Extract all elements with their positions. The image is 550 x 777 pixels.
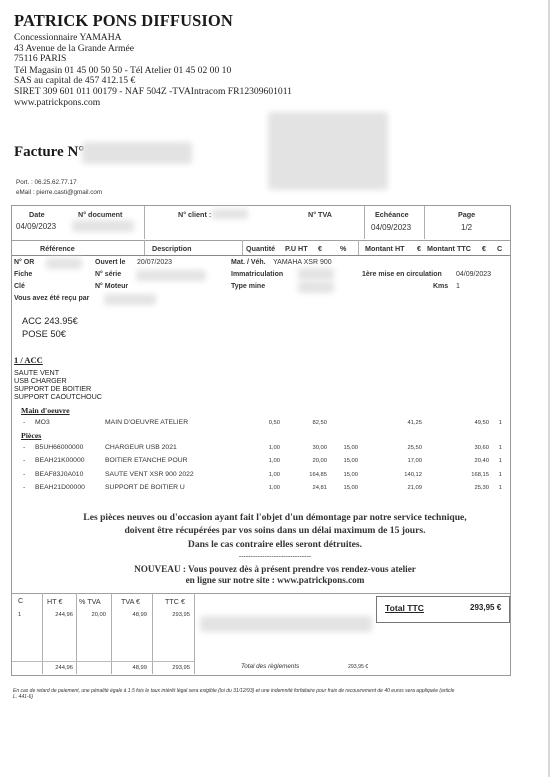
line-qty: 0,50 (262, 420, 280, 426)
page-label: Page (458, 210, 475, 219)
section-title: 1 / ACC (14, 355, 43, 365)
vat-row-ht: 244,96 (48, 612, 73, 618)
line-ht: 25,50 (398, 445, 422, 451)
line-dash: - (23, 484, 25, 491)
line-pu: 30,00 (300, 445, 327, 451)
line-c: 1 (497, 420, 502, 426)
kms-value: 1 (456, 283, 460, 290)
company-capital-line: SAS au capital de 457 412.15 € (14, 75, 135, 86)
sheet-label: Fiche (14, 271, 32, 278)
line-dash: - (23, 419, 25, 426)
line-pu: 24,81 (300, 485, 327, 491)
line-ref: B5UH66000000 (35, 444, 83, 451)
total-payments-value: 293,95 € (348, 664, 368, 670)
company-name: PATRICK PONS DIFFUSION (14, 11, 233, 31)
engine-number-label: N° Moteur (95, 283, 128, 290)
vat-column-tva: TVA € (121, 597, 140, 606)
opened-value: 20/07/2023 (137, 259, 172, 266)
column-unit-price: P.U HT (285, 244, 308, 253)
line-ref: BEAF83J0A010 (35, 471, 83, 478)
line-ttc: 20,40 (465, 458, 489, 464)
key-label: Clé (14, 283, 25, 290)
line-ttc: 168,15 (465, 472, 489, 478)
column-amount-ttc-currency: € (482, 244, 486, 253)
redacted-receptionist (104, 294, 156, 305)
column-unit-price-currency: € (318, 244, 322, 253)
column-quantity: Quantité (246, 244, 275, 253)
note-fitting: POSE 50€ (22, 329, 66, 339)
line-qty: 1,00 (262, 472, 280, 478)
line-ref: BEAH21D00000 (35, 484, 85, 491)
line-dash: - (23, 444, 25, 451)
serial-label: N° série (95, 271, 121, 278)
line-ref: BEAH21K00000 (35, 457, 85, 464)
line-pct: 15,00 (334, 472, 358, 478)
notice-website-line: en ligne sur notre site : www.patrickpon… (0, 575, 550, 585)
column-discount-percent: % (340, 244, 346, 253)
notice-line: Les pièces neuves ou d'occasion ayant fa… (0, 512, 550, 523)
page-value: 1/2 (461, 223, 472, 232)
line-ht: 17,00 (398, 458, 422, 464)
line-ht: 140,12 (398, 472, 422, 478)
vat-total-ht: 244,96 (48, 665, 73, 671)
total-ttc-value: 293,95 € (470, 603, 501, 612)
column-reference: Référence (40, 244, 75, 253)
vat-column-ht: HT € (47, 597, 62, 606)
type-label: Type mine (231, 283, 265, 290)
company-city-line: 75116 PARIS (14, 53, 66, 64)
vat-row-ttc: 293,95 (163, 612, 190, 618)
redacted-document-number (72, 220, 134, 232)
line-pu: 20,00 (300, 458, 327, 464)
line-ref: MO3 (35, 419, 50, 426)
due-date-value: 04/09/2023 (371, 223, 411, 232)
vehicle-label: Mat. / Véh. (231, 259, 266, 266)
line-ttc: 30,60 (465, 445, 489, 451)
due-date-label: Echéance (375, 210, 409, 219)
registration-label: Immatriculation (231, 271, 283, 278)
vat-total-ttc: 293,95 (163, 665, 190, 671)
line-ttc: 25,30 (465, 485, 489, 491)
section-item: SUPPORT CAOUTCHOUC (14, 393, 102, 401)
vat-column-c: C (18, 596, 23, 605)
notice-line: doivent être récupérées par vos soins da… (0, 525, 550, 536)
parts-title: Pièces (21, 431, 41, 440)
redacted-serial (136, 270, 206, 281)
line-c: 1 (497, 445, 502, 451)
date-value: 04/09/2023 (16, 222, 56, 231)
total-ttc-label: Total TTC (385, 603, 424, 613)
note-accessories: ACC 243.95€ (22, 316, 78, 326)
column-description: Description (152, 244, 192, 253)
legal-notice: En cas de retard de paiement, une pénali… (13, 688, 454, 694)
customer-email: eMail : pierre.casti@gmail.com (16, 189, 102, 196)
customer-phone: Port. : 06.25.62.77.17 (16, 179, 77, 186)
total-payments-label: Total des règlements (241, 663, 299, 670)
vat-number-label: N° TVA (308, 210, 332, 219)
line-pct: 15,00 (334, 485, 358, 491)
line-dash: - (23, 457, 25, 464)
line-desc: BOITIER ETANCHE POUR (105, 457, 188, 464)
line-desc: MAIN D'OEUVRE ATELIER (105, 419, 188, 426)
redacted-payment-details (200, 616, 372, 632)
line-qty: 1,00 (262, 485, 280, 491)
vat-total-tva: 48,99 (120, 665, 147, 671)
labor-title: Main d'oeuvre (21, 406, 70, 415)
redacted-invoice-number (82, 142, 192, 164)
line-pct: 15,00 (334, 445, 358, 451)
column-amount-ht: Montant HT (365, 244, 405, 253)
redacted-type (298, 281, 334, 293)
line-desc: SUPPORT DE BOITIER U (105, 484, 185, 491)
redacted-repair-order (46, 258, 82, 269)
document-number-label: N° document (78, 210, 122, 219)
line-desc: SAUTE VENT XSR 900 2022 (105, 471, 194, 478)
notice-new-line: NOUVEAU : Vous pouvez dès à présent pren… (0, 564, 550, 574)
date-label: Date (29, 210, 45, 219)
line-qty: 1,00 (262, 458, 280, 464)
first-registration-value: 04/09/2023 (456, 271, 491, 278)
vat-row-rate: 20,00 (80, 612, 106, 618)
client-number-label: N° client : (178, 210, 211, 219)
line-c: 1 (497, 458, 502, 464)
vehicle-value: YAMAHA XSR 900 (273, 259, 332, 266)
line-c: 1 (497, 472, 502, 478)
line-pu: 164,85 (300, 472, 327, 478)
redacted-registration (298, 268, 334, 280)
line-ht: 21,09 (398, 485, 422, 491)
legal-notice-article: L. 441-6) (13, 694, 33, 700)
line-ttc: 49,50 (465, 420, 489, 426)
opened-label: Ouvert le (95, 259, 125, 266)
line-dash: - (23, 471, 25, 478)
vat-column-ttc: TTC € (165, 597, 185, 606)
kms-label: Kms (433, 283, 448, 290)
repair-order-label: N° OR (14, 259, 34, 266)
column-amount-ttc: Montant TTC (427, 244, 471, 253)
line-c: 1 (497, 485, 502, 491)
line-pct: 15,00 (334, 458, 358, 464)
line-desc: CHARGEUR USB 2021 (105, 444, 177, 451)
first-registration-label: 1ère mise en circulation (362, 271, 442, 278)
vat-row-tva: 48,99 (120, 612, 147, 618)
company-website: www.patrickpons.com (14, 97, 100, 108)
notice-separator: ------------------------------- (0, 552, 550, 560)
column-amount-ht-currency: € (417, 244, 421, 253)
vat-row-c: 1 (18, 612, 21, 618)
notice-line: Dans le cas contraire elles seront détru… (0, 539, 550, 550)
company-dealer-line: Concessionnaire YAMAHA (14, 32, 122, 43)
company-siret-line: SIRET 309 601 011 00179 - NAF 504Z -TVAI… (14, 86, 292, 97)
received-by-label: Vous avez été reçu par (14, 295, 89, 302)
redacted-customer-address (268, 112, 388, 190)
column-c: C (497, 244, 502, 253)
line-qty: 1,00 (262, 445, 280, 451)
line-pu: 82,50 (300, 420, 327, 426)
vat-column-rate: % TVA (79, 597, 101, 606)
redacted-client-number (212, 209, 248, 219)
line-ht: 41,25 (398, 420, 422, 426)
